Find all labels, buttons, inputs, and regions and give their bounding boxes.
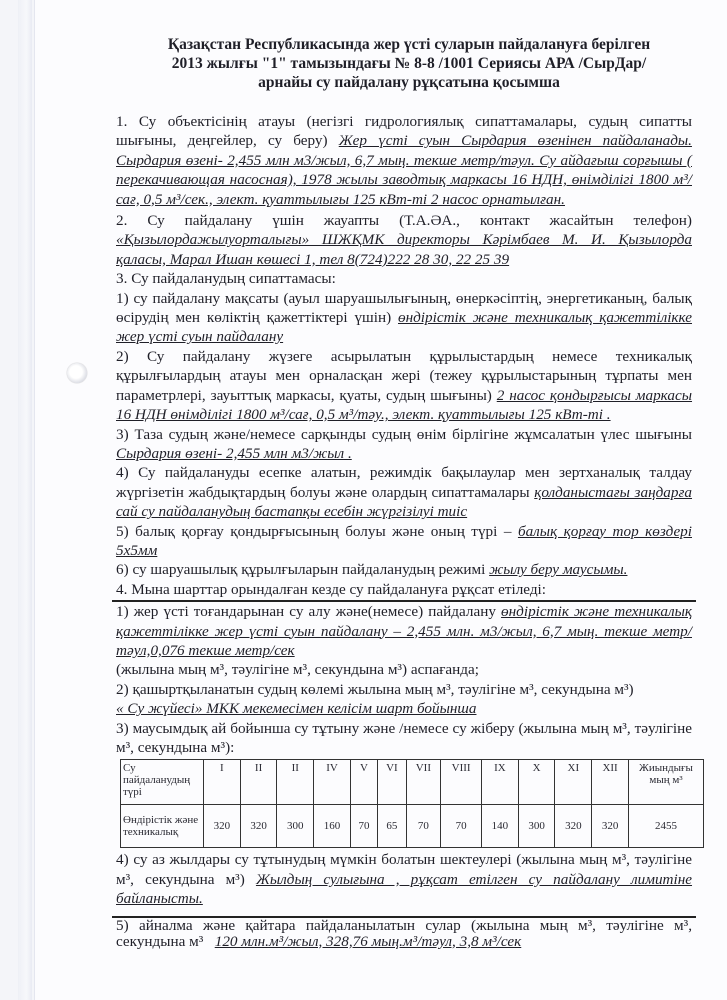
- punch-hole: [67, 363, 87, 383]
- row-label-cell: Өндірістік және техникалық: [121, 805, 204, 848]
- table-header-row: Су пайдаланудың түрі IIIIIIVVVIVIIVIIIIX…: [121, 760, 704, 805]
- title-line-2: 2013 жылғы "1" тамызындағы № 8-8 /1001 С…: [126, 54, 692, 73]
- month-header-cell: VII: [406, 760, 441, 805]
- item-value: жылу беру маусымы.: [489, 561, 627, 578]
- month-value-cell: 300: [277, 805, 314, 848]
- month-header-cell: II: [240, 760, 277, 805]
- scanner-edge: [18, 0, 32, 1000]
- section-3-item-5: 5) балық қорғау қондырғысының болуы және…: [116, 522, 692, 561]
- item-value: 120 млн.м³/жыл, 328,76 мың.м³/тәул, 3,8 …: [215, 933, 522, 950]
- item-value: « Су жүйесі» МКК мекемесімен келісім шар…: [116, 700, 476, 717]
- month-header-cell: VIII: [441, 760, 482, 805]
- header-cell-type: Су пайдаланудың түрі: [121, 760, 204, 805]
- month-header-cell: VI: [378, 760, 406, 805]
- month-value-cell: 320: [204, 805, 241, 848]
- item-label: 5) балық қорғау қондырғысының болуы және…: [116, 523, 511, 540]
- month-header-cell: X: [518, 760, 555, 805]
- month-header-cell: V: [350, 760, 377, 805]
- item-label: 1) жер үсті тоғандарынан су алу және(нем…: [116, 603, 496, 620]
- item-label: 6) су шаруашылық құрылғыларын пайдалануд…: [116, 561, 485, 578]
- section-4-item-3-label: 3) маусымдық ай бойынша су тұтыну және /…: [116, 719, 692, 758]
- section-2: 2. Су пайдалану үшін жауапты (Т.А.ӘА., к…: [116, 211, 692, 269]
- month-value-cell: 70: [350, 805, 377, 848]
- table-row: Өндірістік және техникалық 3203203001607…: [121, 805, 704, 848]
- section-3-item-2: 2) Су пайдалану жүзеге асырылатын құрылы…: [116, 347, 692, 425]
- section-4-item-1-units: (жылына мың м³, тәулігіне м³, секундына …: [116, 660, 692, 679]
- document-title: Қазақстан Республикасында жер үсті сулар…: [126, 35, 692, 92]
- monthly-water-use-table: Су пайдаланудың түрі IIIIIIVVVIVIIVIIIIX…: [120, 759, 704, 848]
- item-label: 3) Таза судың және/немесе сарқынды судың…: [116, 426, 692, 443]
- month-value-cell: 320: [555, 805, 592, 848]
- month-header-cell: II: [277, 760, 314, 805]
- section-3-heading: 3. Су пайдаланудың сипаттамасы:: [116, 269, 692, 288]
- section-4-item-2: 2) қашыртқыланатын судың көлемі жылына м…: [116, 680, 692, 719]
- month-header-cell: IV: [314, 760, 351, 805]
- section-4-heading: 4. Мына шарттар орындалған кезде су пайд…: [116, 580, 692, 599]
- month-value-cell: 320: [592, 805, 629, 848]
- total-header-cell: Жиындығы мың м³: [629, 760, 704, 805]
- section-4-item-5: 5) айналма және қайтара пайдаланылатын с…: [116, 918, 692, 950]
- section-2-label: 2. Су пайдалану үшін жауапты (Т.А.ӘА., к…: [116, 212, 692, 229]
- month-value-cell: 70: [406, 805, 441, 848]
- section-3-item-1: 1) су пайдалану мақсаты (ауыл шаруашылығ…: [116, 289, 692, 347]
- month-header-cell: IX: [482, 760, 519, 805]
- title-line-3: арнайы су пайдалану рұқсатына қосымша: [126, 73, 692, 92]
- section-4-item-4: 4) су аз жылдары су тұтынудың мүмкін бол…: [116, 850, 692, 908]
- item-value: Сырдария өзені- 2,455 млн м3/жыл .: [116, 445, 352, 462]
- month-value-cell: 140: [482, 805, 519, 848]
- total-value-cell: 2455: [629, 805, 704, 848]
- section-3-item-4: 4) Су пайдалануды есепке алатын, режимді…: [116, 463, 692, 521]
- month-value-cell: 160: [314, 805, 351, 848]
- section-3-item-6: 6) су шаруашылық құрылғыларын пайдалануд…: [116, 560, 692, 579]
- section-2-value: «Қызылордажылуорталығы» ШЖҚМК директоры …: [116, 231, 692, 267]
- month-value-cell: 70: [441, 805, 482, 848]
- section-4-item-1: 1) жер үсті тоғандарынан су алу және(нем…: [116, 602, 692, 660]
- month-value-cell: 300: [518, 805, 555, 848]
- month-value-cell: 65: [378, 805, 406, 848]
- section-3-item-3: 3) Таза судың және/немесе сарқынды судың…: [116, 425, 692, 464]
- document-body: Қазақстан Республикасында жер үсті сулар…: [116, 35, 692, 950]
- month-header-cell: XI: [555, 760, 592, 805]
- month-value-cell: 320: [240, 805, 277, 848]
- title-line-1: Қазақстан Республикасында жер үсті сулар…: [126, 35, 692, 54]
- item-label: 2) қашыртқыланатын судың көлемі жылына м…: [116, 681, 634, 698]
- month-header-cell: I: [204, 760, 241, 805]
- month-header-cell: XII: [592, 760, 629, 805]
- section-1: 1. Су объектісінің атауы (негізгі гидрол…: [116, 112, 692, 209]
